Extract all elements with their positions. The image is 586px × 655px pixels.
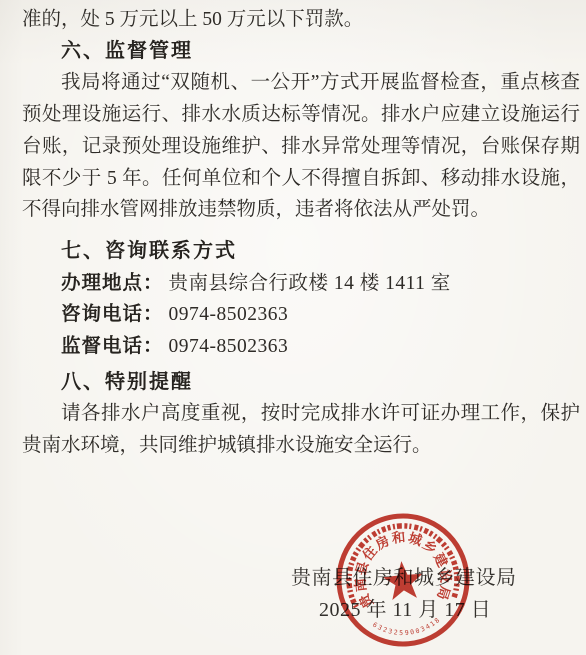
paragraph-line: 贵南水环境，共同维护城镇排水设施安全运行。 <box>22 430 580 462</box>
paragraph-line: 台账，记录预处理设施维护、排水异常处理等情况，台账保存期 <box>22 131 580 163</box>
contact-value: 贵南县综合行政楼 14 楼 1411 室 <box>169 273 451 294</box>
contact-label: 咨询电话： <box>61 303 164 325</box>
paragraph-line: 限不少于 5 年。任何单位和个人不得擅自拆卸、移动排水设施， <box>22 163 580 195</box>
paragraph-line: 预处理设施运行、排水水质达标等情况。排水户应建立设施运行 <box>22 99 580 131</box>
section-heading-7: 七、咨询联系方式 <box>22 236 580 268</box>
contact-line-supervision-phone: 监督电话：0974-8502363 <box>22 331 580 363</box>
contact-line-phone: 咨询电话：0974-8502363 <box>22 299 580 331</box>
official-seal-stamp: 贵南县住房和城乡建设局 6323259003418 <box>327 504 479 655</box>
paragraph-line-continuation: 准的，处 5 万元以上 50 万元以下罚款。 <box>22 4 580 36</box>
contact-label: 监督电话： <box>61 335 164 357</box>
contact-value: 0974-8502363 <box>169 336 289 357</box>
section-heading-8: 八、特别提醒 <box>22 367 580 399</box>
paragraph-line: 我局将通过“双随机、一公开”方式开展监督检查，重点核查 <box>22 67 580 99</box>
contact-label: 办理地点： <box>61 272 164 294</box>
paragraph-line: 不得向排水管网排放违禁物质，违者将依法从严处罚。 <box>22 194 580 226</box>
document-page: 准的，处 5 万元以上 50 万元以下罚款。 六、监督管理 我局将通过“双随机、… <box>0 0 586 655</box>
contact-value: 0974-8502363 <box>169 304 289 325</box>
document-body: 准的，处 5 万元以上 50 万元以下罚款。 六、监督管理 我局将通过“双随机、… <box>22 4 580 462</box>
seal-star-icon <box>381 559 424 600</box>
paragraph-line: 请各排水户高度重视，按时完成排水许可证办理工作，保护 <box>22 398 580 430</box>
section-heading-6: 六、监督管理 <box>22 36 580 68</box>
contact-line-address: 办理地点：贵南县综合行政楼 14 楼 1411 室 <box>22 268 580 300</box>
